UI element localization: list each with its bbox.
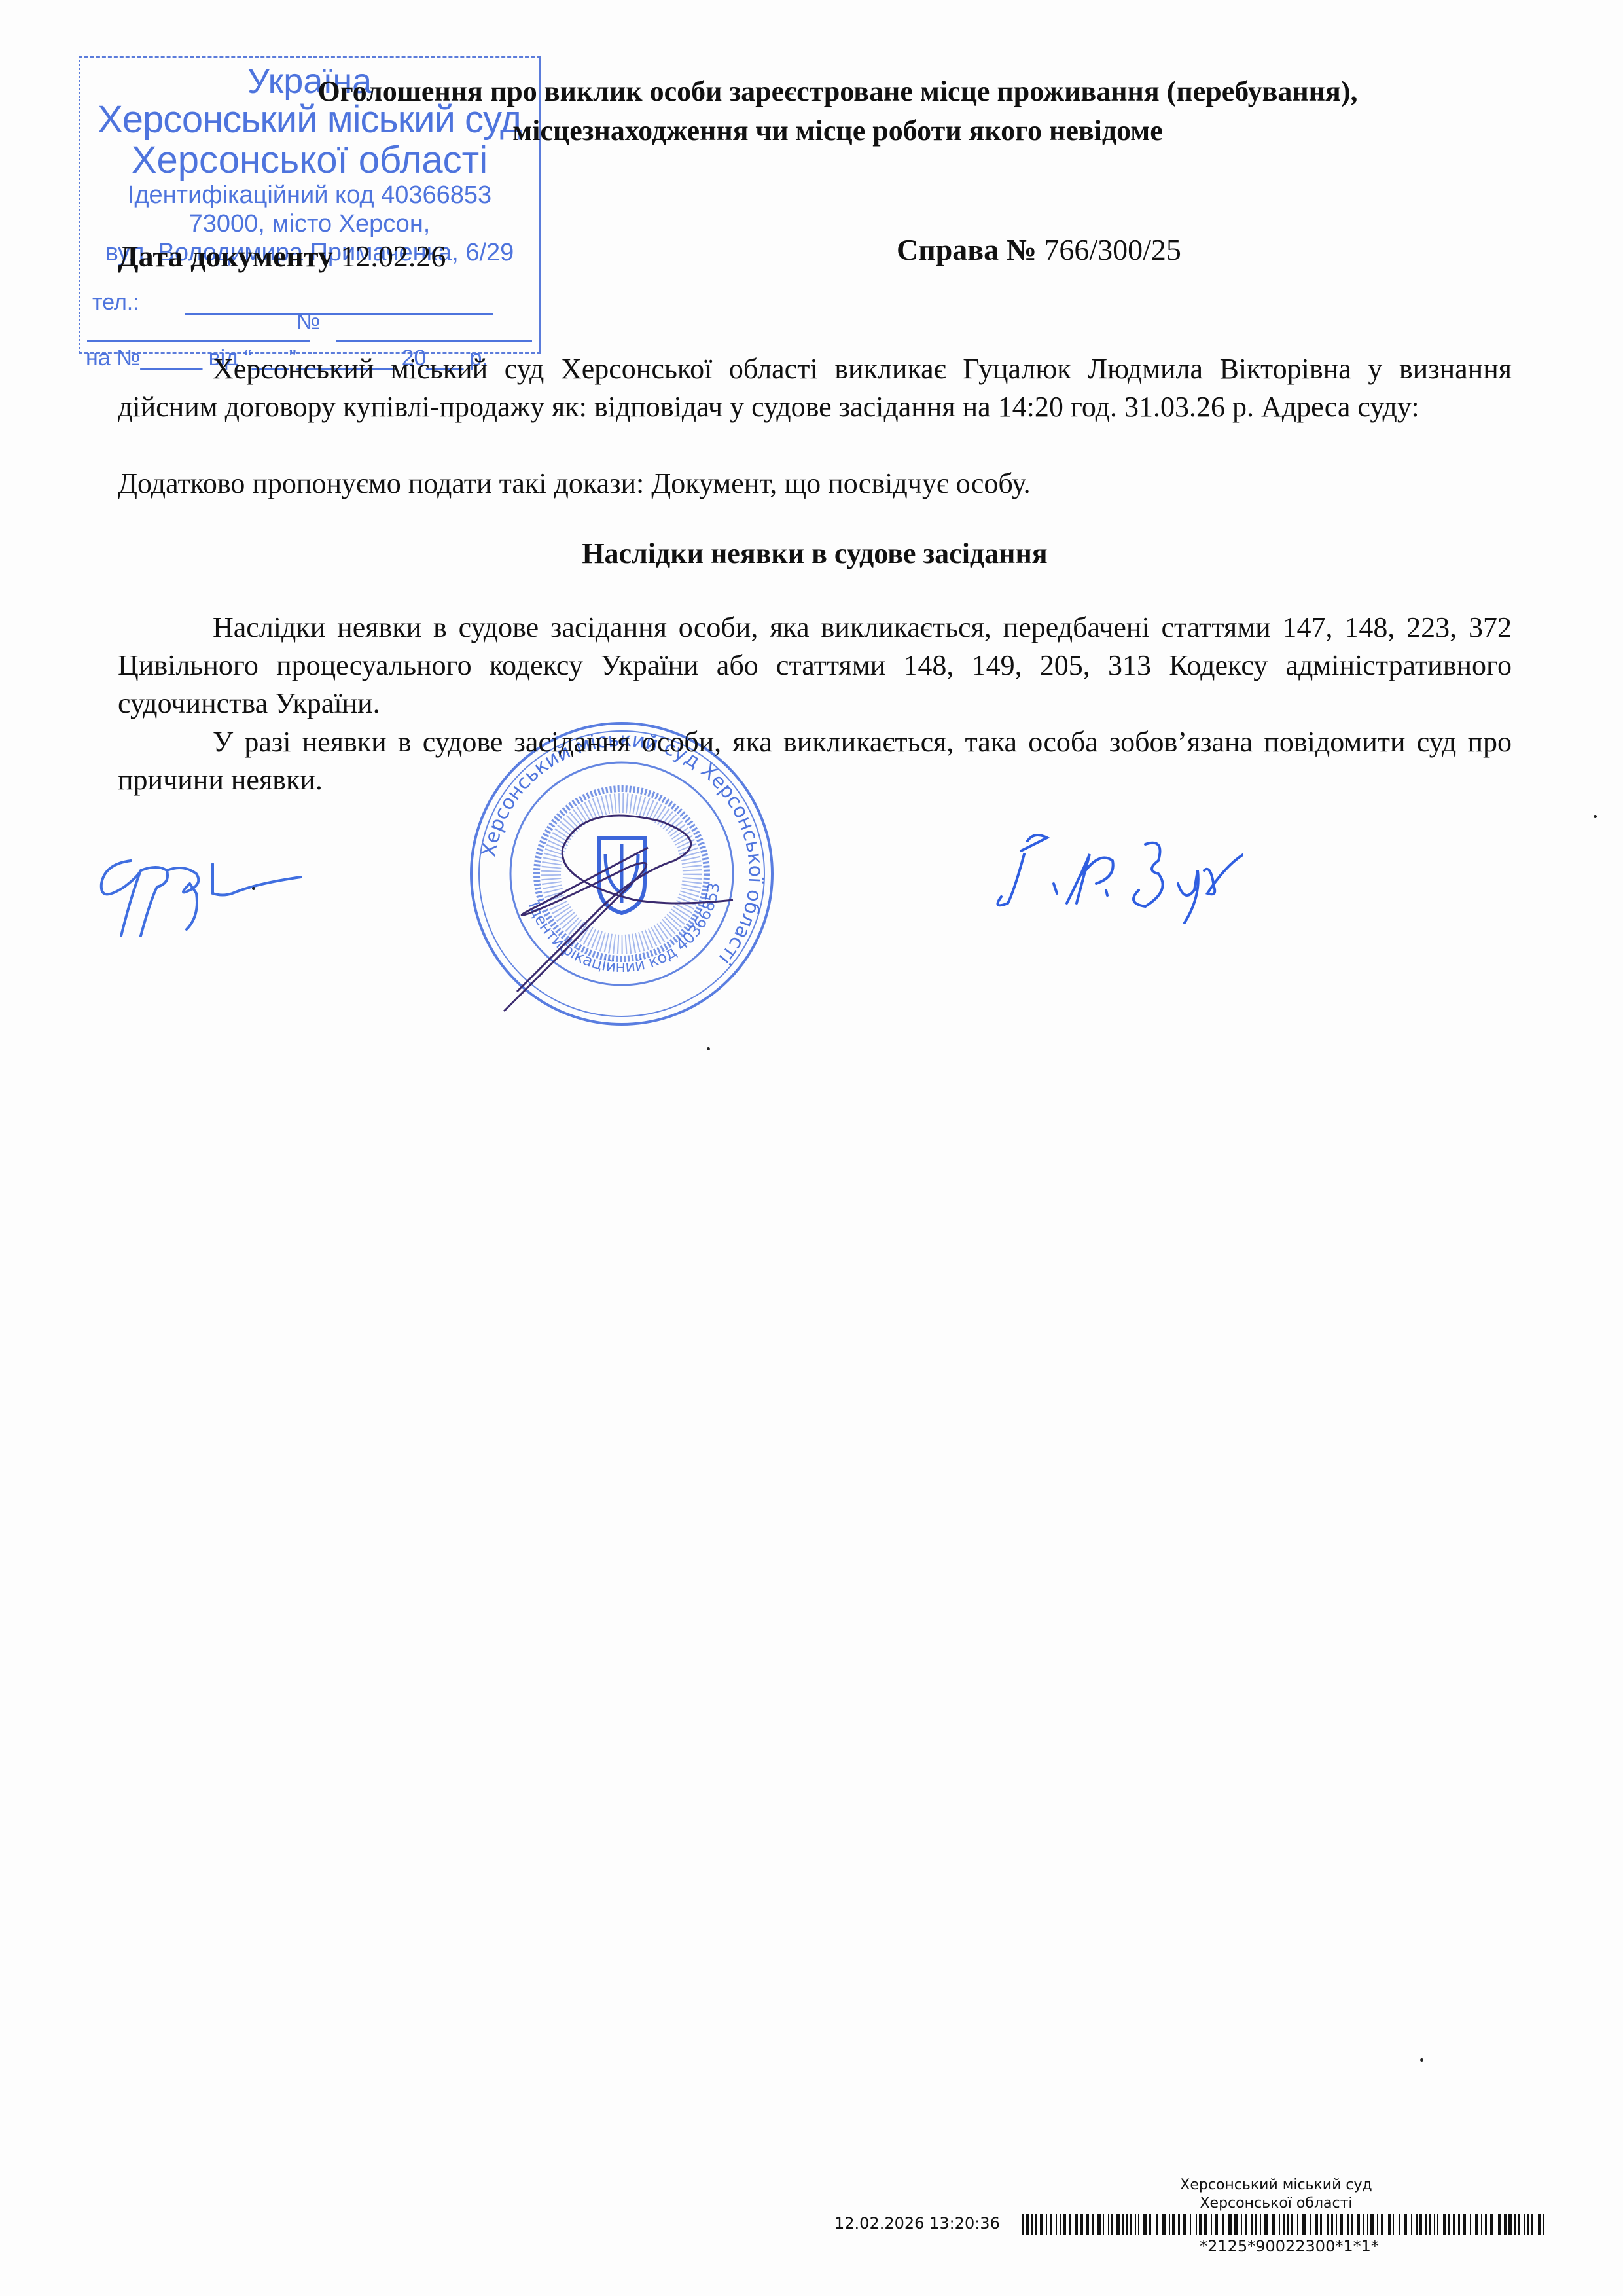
document-date: Дата документу 12.02.26: [118, 239, 446, 274]
footer-timestamp: 12.02.2026 13:20:36: [834, 2214, 1000, 2233]
scan-speck: [1420, 2058, 1423, 2062]
document-title: Оголошення про виклик особи зареєстрован…: [118, 72, 1558, 151]
stamp-rule: [336, 340, 532, 342]
stamp-tel-label: тел.:: [92, 290, 139, 315]
document-barcode: [1022, 2214, 1549, 2235]
obligation-paragraph: У разі неявки в судове засідання особи, …: [118, 723, 1512, 799]
date-label: Дата документу: [118, 240, 333, 273]
title-line-2: місцезнаходження чи місце роботи якого н…: [118, 111, 1558, 151]
barcode-text: *2125*90022300*1*1*: [1126, 2237, 1453, 2255]
judge-signature-icon: [92, 844, 308, 942]
consequences-paragraph: Наслідки неявки в судове засідання особи…: [118, 609, 1512, 723]
judge-name-signature-icon: [969, 825, 1243, 929]
scan-speck: [252, 887, 255, 890]
scan-speck: [1594, 815, 1597, 818]
case-label: Справа №: [897, 233, 1037, 266]
stamp-id-code: Ідентифікаційний код 40366853: [80, 181, 539, 209]
footer-org-line-1: Херсонський міський суд: [1113, 2176, 1440, 2195]
stamp-number-mark: №: [296, 310, 320, 335]
footer-org-line-2: Херсонської області: [1113, 2195, 1440, 2213]
title-line-1: Оголошення про виклик особи зареєстрован…: [118, 72, 1558, 111]
consequences-title: Наслідки неявки в судове засідання: [118, 537, 1512, 570]
summons-paragraph: Херсонський міський суд Херсонської обла…: [118, 350, 1512, 426]
date-value: 12.02.26: [340, 240, 446, 273]
case-number: Справа № 766/300/25: [897, 232, 1181, 267]
evidence-line: Додатково пропонуємо подати такі докази:…: [118, 465, 1512, 503]
stamp-city: 73000, місто Херсон,: [80, 209, 539, 238]
stamp-rule: [185, 313, 493, 315]
case-value: 766/300/25: [1044, 233, 1181, 266]
stamp-rule: [87, 340, 310, 342]
scan-speck: [707, 1047, 710, 1050]
footer-organization: Херсонський міський суд Херсонської обла…: [1113, 2176, 1440, 2213]
